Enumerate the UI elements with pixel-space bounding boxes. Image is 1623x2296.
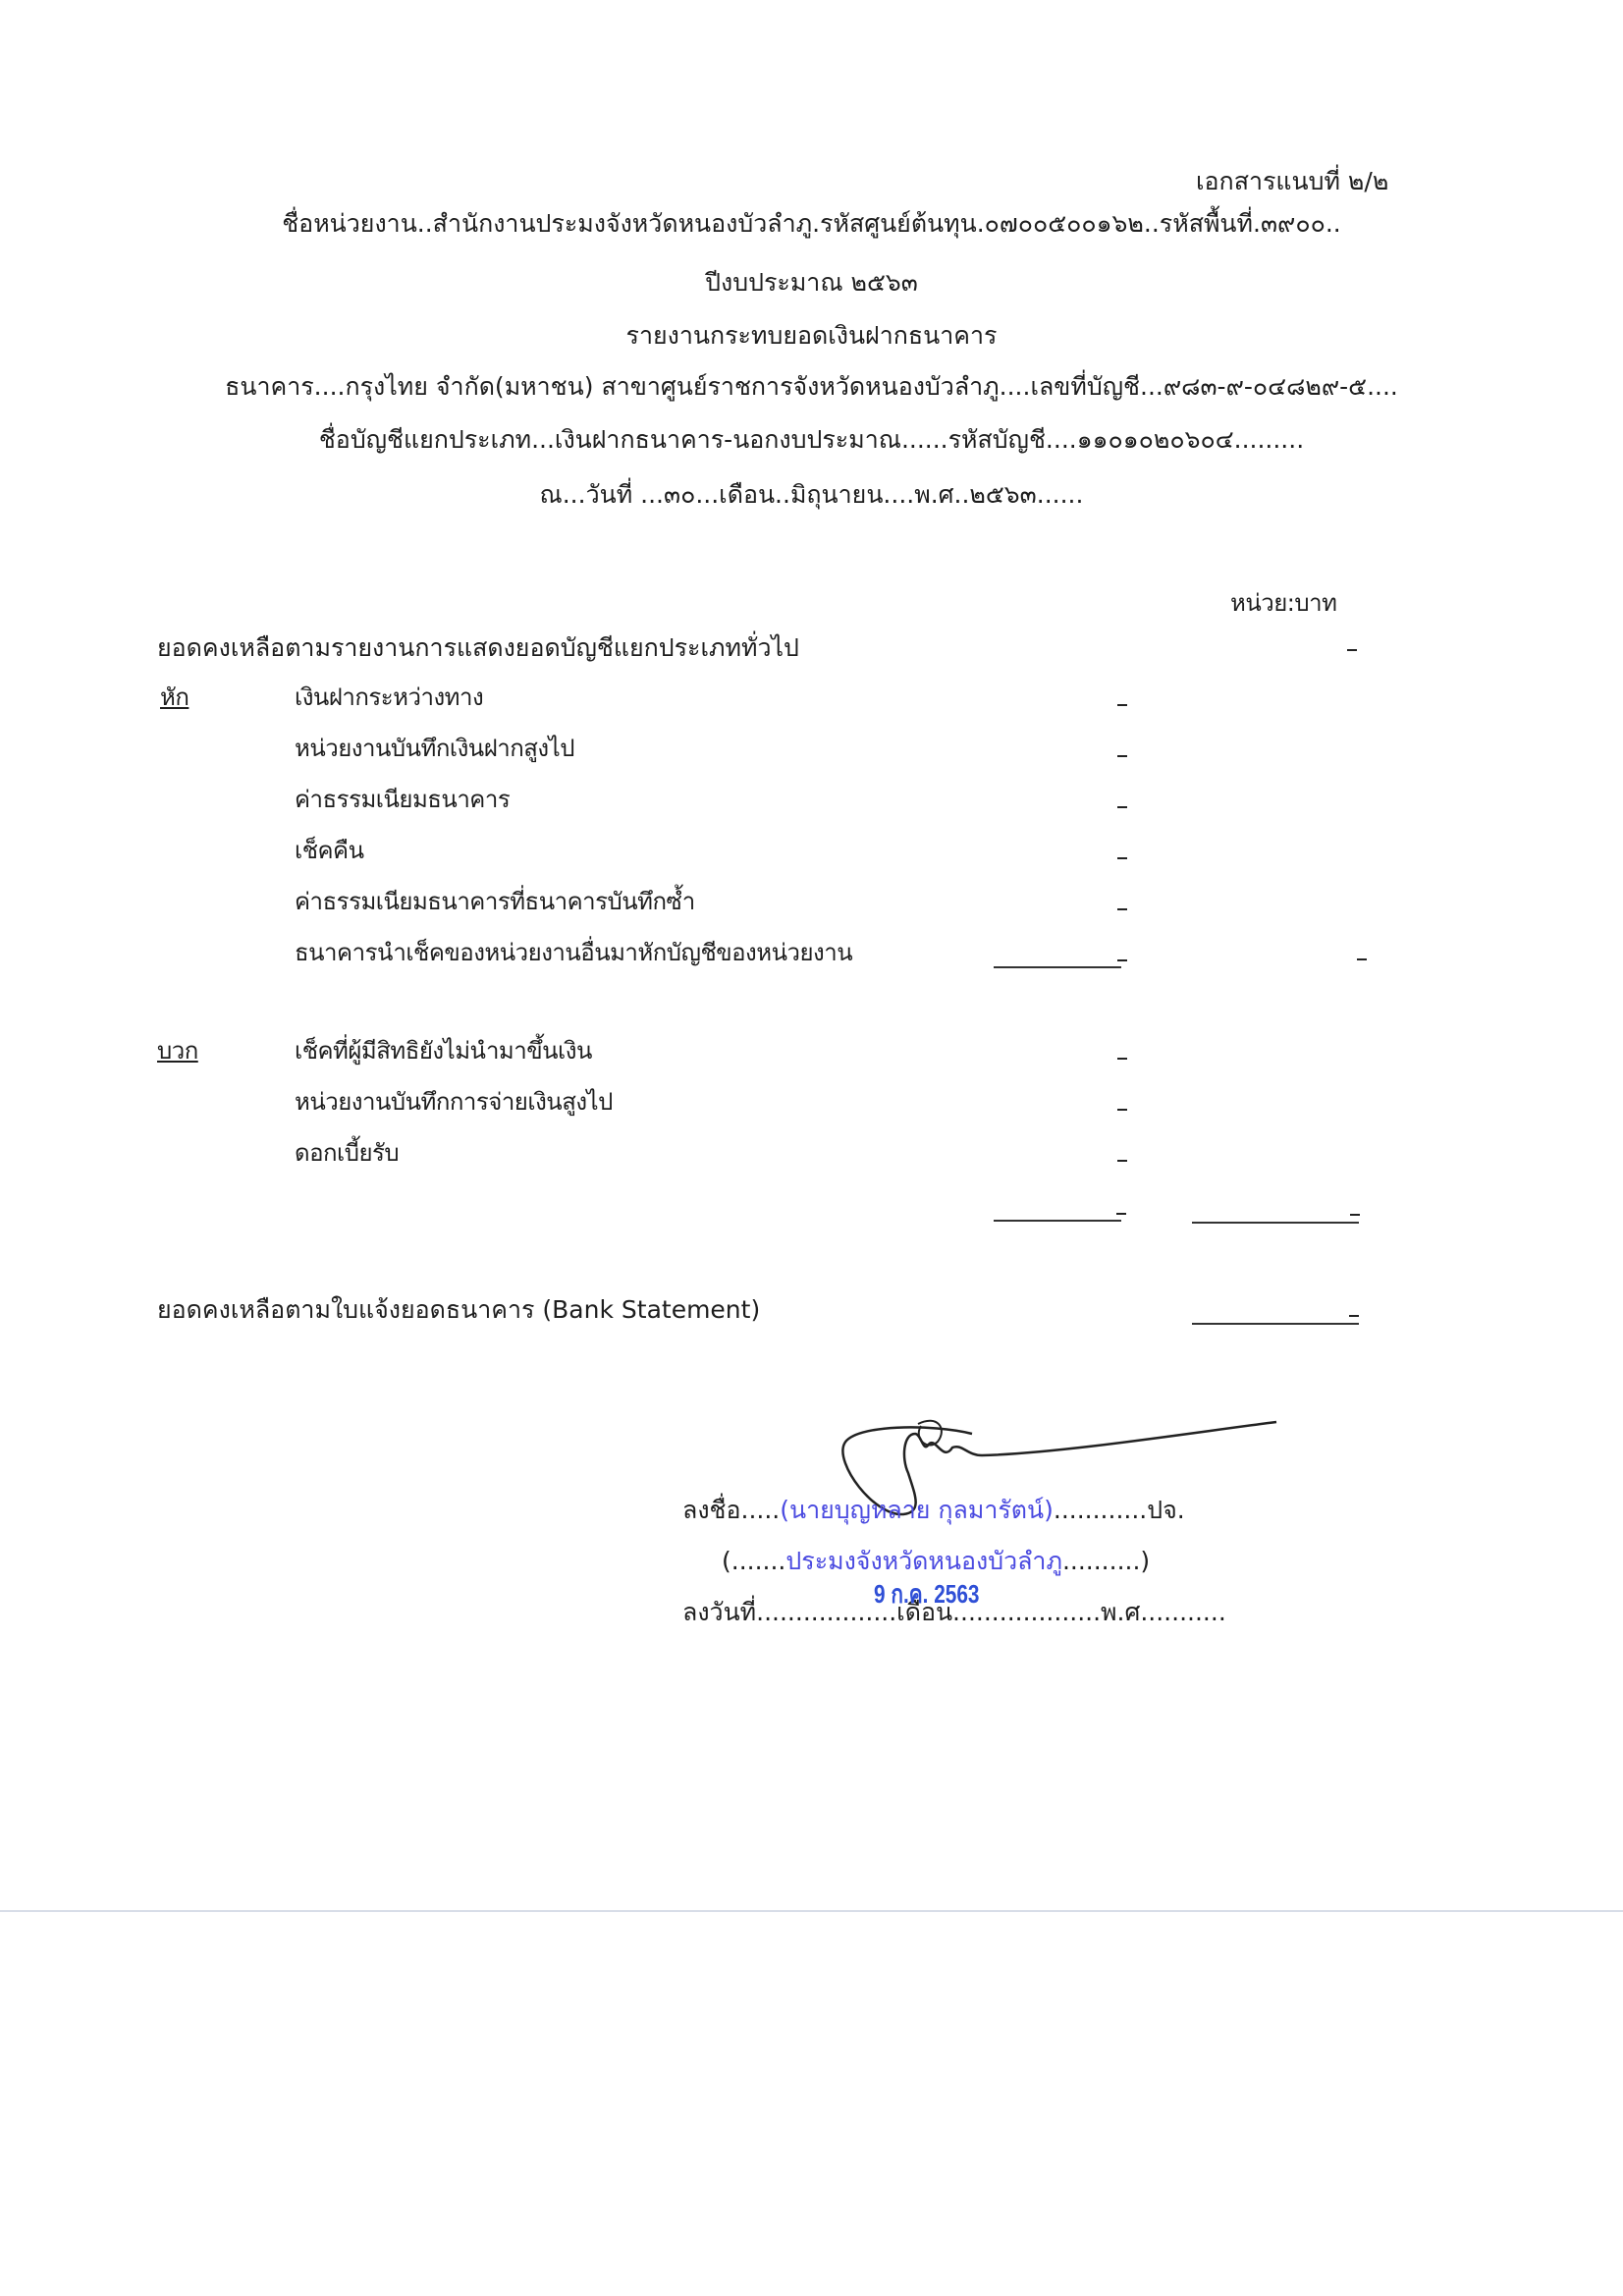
deduct-item-amount: [1117, 806, 1127, 808]
deduct-column-rule: [994, 966, 1121, 968]
add-column-total: [1116, 1213, 1126, 1215]
bank-statement-amount: [1349, 1315, 1359, 1317]
agency-line: ชื่อหน่วยงาน..สำนักงานประมงจังหวัดหนองบั…: [0, 204, 1623, 244]
add-item-amount: [1117, 1058, 1127, 1060]
deduct-item-label: เช็คคืน: [295, 831, 364, 869]
deduct-label: หัก: [160, 678, 189, 716]
deduct-item-amount: [1117, 704, 1127, 706]
bank-line: ธนาคาร....กรุงไทย จำกัด(มหาชน) สาขาศูนย์…: [0, 367, 1623, 407]
unit-label: หน่วย:บาท: [1230, 583, 1336, 622]
add-item-label: เช็คที่ผู้มีสิทธิยังไม่นำมาขึ้นเงิน: [295, 1031, 592, 1069]
add-item-amount: [1117, 1109, 1127, 1111]
bank-statement-rule: [1192, 1323, 1359, 1325]
account-line: ชื่อบัญชีแยกประเภท...เงินฝากธนาคาร-นอกงบ…: [0, 420, 1623, 460]
date-line: ณ...วันที่ ...๓๐...เดือน..มิถุนายน....พ.…: [0, 475, 1623, 515]
fiscal-year: ปีงบประมาณ ๒๕๖๓: [0, 263, 1623, 302]
add-item-amount: [1117, 1160, 1127, 1162]
gl-balance-amount: [1347, 649, 1357, 651]
deduct-item-label: ธนาคารนำเช็คของหน่วยงานอื่นมาหักบัญชีของ…: [295, 933, 852, 971]
add-label: บวก: [157, 1031, 198, 1069]
title-close: ..........): [1062, 1547, 1150, 1575]
gl-balance-label: ยอดคงเหลือตามรายงานการแสดงยอดบัญชีแยกประ…: [157, 629, 799, 668]
report-title: รายงานกระทบยอดเงินฝากธนาคาร: [0, 316, 1623, 355]
deduct-item-label: ค่าธรรมเนียมธนาคารที่ธนาคารบันทึกซ้ำ: [295, 882, 695, 920]
deduct-item-label: หน่วยงานบันทึกเงินฝากสูงไป: [295, 729, 574, 767]
add-subtotal: [1350, 1214, 1360, 1216]
attachment-label: เอกสารแนบที่ ๒/๒: [1196, 162, 1388, 201]
date-stamp: 9 ก.ค. 2563: [874, 1574, 979, 1614]
deduct-item-amount: [1117, 908, 1127, 910]
title-open: (.......: [722, 1547, 785, 1575]
sign-name-line: ลงชื่อ.....(นายบุญหลาย กุลมารัตน์)......…: [682, 1491, 1185, 1530]
deduct-item-amount: [1117, 857, 1127, 859]
add-subtotal-rule: [1192, 1222, 1359, 1224]
deduct-subtotal: [1357, 958, 1367, 960]
deduct-item-label: เงินฝากระหว่างทาง: [295, 678, 483, 716]
add-item-label: ดอกเบี้ยรับ: [295, 1133, 399, 1172]
add-column-rule: [994, 1220, 1121, 1222]
bank-statement-label: ยอดคงเหลือตามใบแจ้งยอดธนาคาร (Bank State…: [157, 1290, 760, 1330]
sign-prefix: ลงชื่อ.....: [682, 1496, 780, 1524]
deduct-item-amount: [1117, 959, 1127, 961]
add-item-label: หน่วยงานบันทึกการจ่ายเงินสูงไป: [295, 1082, 613, 1121]
page-separator: [0, 1910, 1623, 1912]
sign-suffix: ............ปจ.: [1054, 1496, 1185, 1524]
signer-title: ประมงจังหวัดหนองบัวลำภู: [785, 1547, 1062, 1575]
signer-name: (นายบุญหลาย กุลมารัตน์): [780, 1496, 1054, 1524]
deduct-item-label: ค่าธรรมเนียมธนาคาร: [295, 780, 510, 818]
deduct-item-amount: [1117, 755, 1127, 757]
